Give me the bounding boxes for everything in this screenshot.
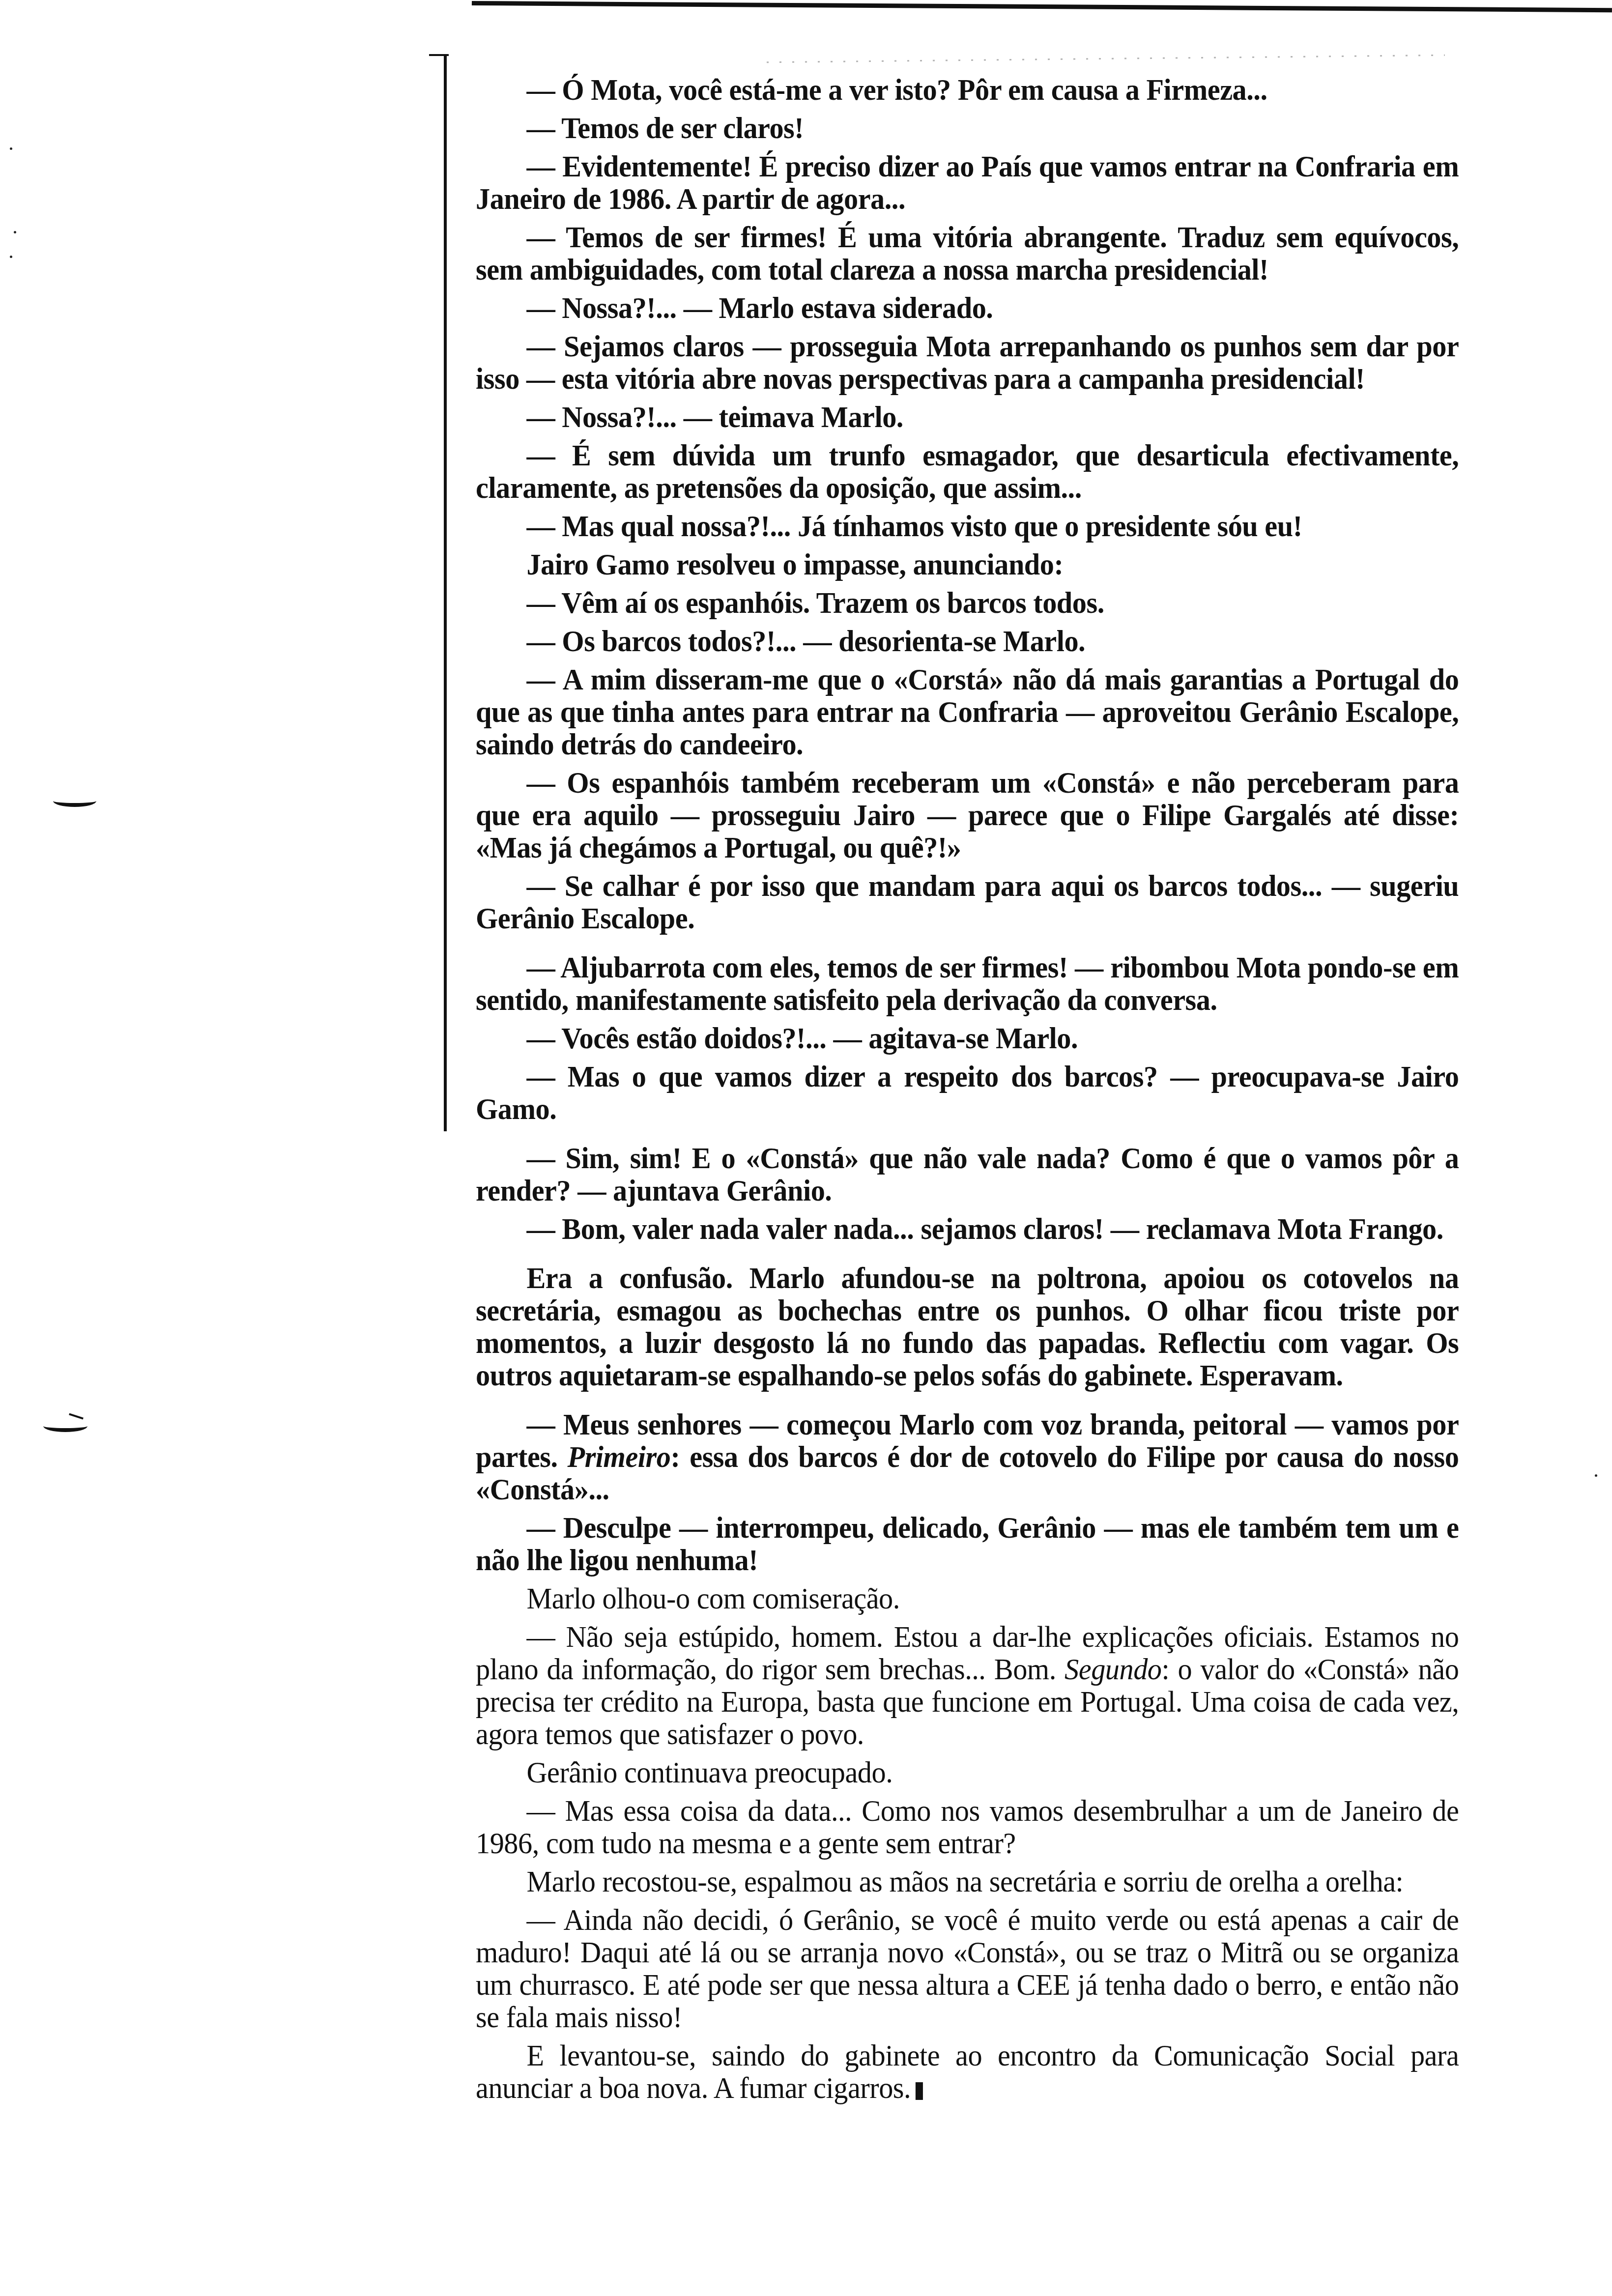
paragraph: — Os barcos todos?!... — desorienta-se M… (476, 625, 1459, 658)
scan-dust (10, 147, 12, 150)
scan-dust (1595, 1474, 1597, 1477)
paragraph: — Sejamos claros — prosseguia Mota arrep… (476, 330, 1459, 395)
end-of-article-square-icon (916, 2082, 923, 2100)
paragraph: — Nossa?!... — teimava Marlo. (476, 401, 1459, 433)
scan-dust (10, 256, 12, 258)
paragraph: Marlo recostou-se, espalmou as mãos na s… (476, 1865, 1459, 1898)
paragraph: — Sim, sim! E o «Constá» que não vale na… (476, 1142, 1459, 1207)
paragraph-text: E levantou-se, saindo do gabinete ao enc… (476, 2039, 1459, 2105)
paragraph: — Mas qual nossa?!... Já tínhamos visto … (476, 510, 1459, 543)
paragraph: — Bom, valer nada valer nada... sejamos … (476, 1213, 1459, 1245)
paragraph: — Temos de ser claros! (476, 112, 1459, 144)
emphasis-segundo: Segundo (1065, 1653, 1161, 1686)
paragraph: — Não seja estúpido, homem. Estou a dar-… (476, 1621, 1459, 1751)
paragraph: — Desculpe — interrompeu, delicado, Gerâ… (476, 1512, 1459, 1577)
paragraph: — A mim disseram-me que o «Corstá» não d… (476, 663, 1459, 761)
paragraph: Marlo olhou-o com comiseração. (476, 1582, 1459, 1615)
paragraph-final: E levantou-se, saindo do gabinete ao enc… (476, 2039, 1459, 2104)
paragraph: Gerânio continuava preocupado. (476, 1756, 1459, 1789)
article-body: — Ó Mota, você está-me a ver isto? Pôr e… (476, 74, 1459, 2110)
margin-vertical-rule (444, 55, 447, 1131)
paragraph: — Mas essa coisa da data... Como nos vam… (476, 1795, 1459, 1860)
paragraph: — Os espanhóis também receberam um «Cons… (476, 767, 1459, 864)
paragraph: — Nossa?!... — Marlo estava siderado. (476, 292, 1459, 324)
punch-hole-mark-top (53, 795, 96, 807)
paragraph: Jairo Gamo resolveu o impasse, anunciand… (476, 548, 1459, 581)
emphasis-primeiro: Primeiro (568, 1440, 671, 1474)
punch-hole-mark-bottom (43, 1420, 87, 1432)
paragraph: — Vêm aí os espanhóis. Trazem os barcos … (476, 587, 1459, 619)
scan-dust (14, 231, 16, 233)
paragraph: — Temos de ser firmes! É uma vitória abr… (476, 221, 1459, 286)
scan-top-edge-shadow (472, 1, 1612, 19)
paragraph: — Se calhar é por isso que mandam para a… (476, 870, 1459, 935)
paragraph: — Mas o que vamos dizer a respeito dos b… (476, 1061, 1459, 1125)
paragraph: — Vocês estão doidos?!... — agitava-se M… (476, 1022, 1459, 1055)
paragraph: — Aljubarrota com eles, temos de ser fir… (476, 951, 1459, 1016)
punch-hole-mark-flick (69, 1413, 84, 1419)
scan-speckle-noise (767, 55, 1445, 63)
paragraph: — É sem dúvida um trunfo esmagador, que … (476, 439, 1459, 504)
paragraph: Era a confusão. Marlo afundou-se na polt… (476, 1262, 1459, 1392)
paragraph: — Meus senhores — começou Marlo com voz … (476, 1408, 1459, 1506)
paragraph: — Ó Mota, você está-me a ver isto? Pôr e… (476, 74, 1459, 106)
paragraph: — Evidentemente! É preciso dizer ao País… (476, 150, 1459, 215)
paragraph: — Ainda não decidi, ó Gerânio, se você é… (476, 1904, 1459, 2034)
